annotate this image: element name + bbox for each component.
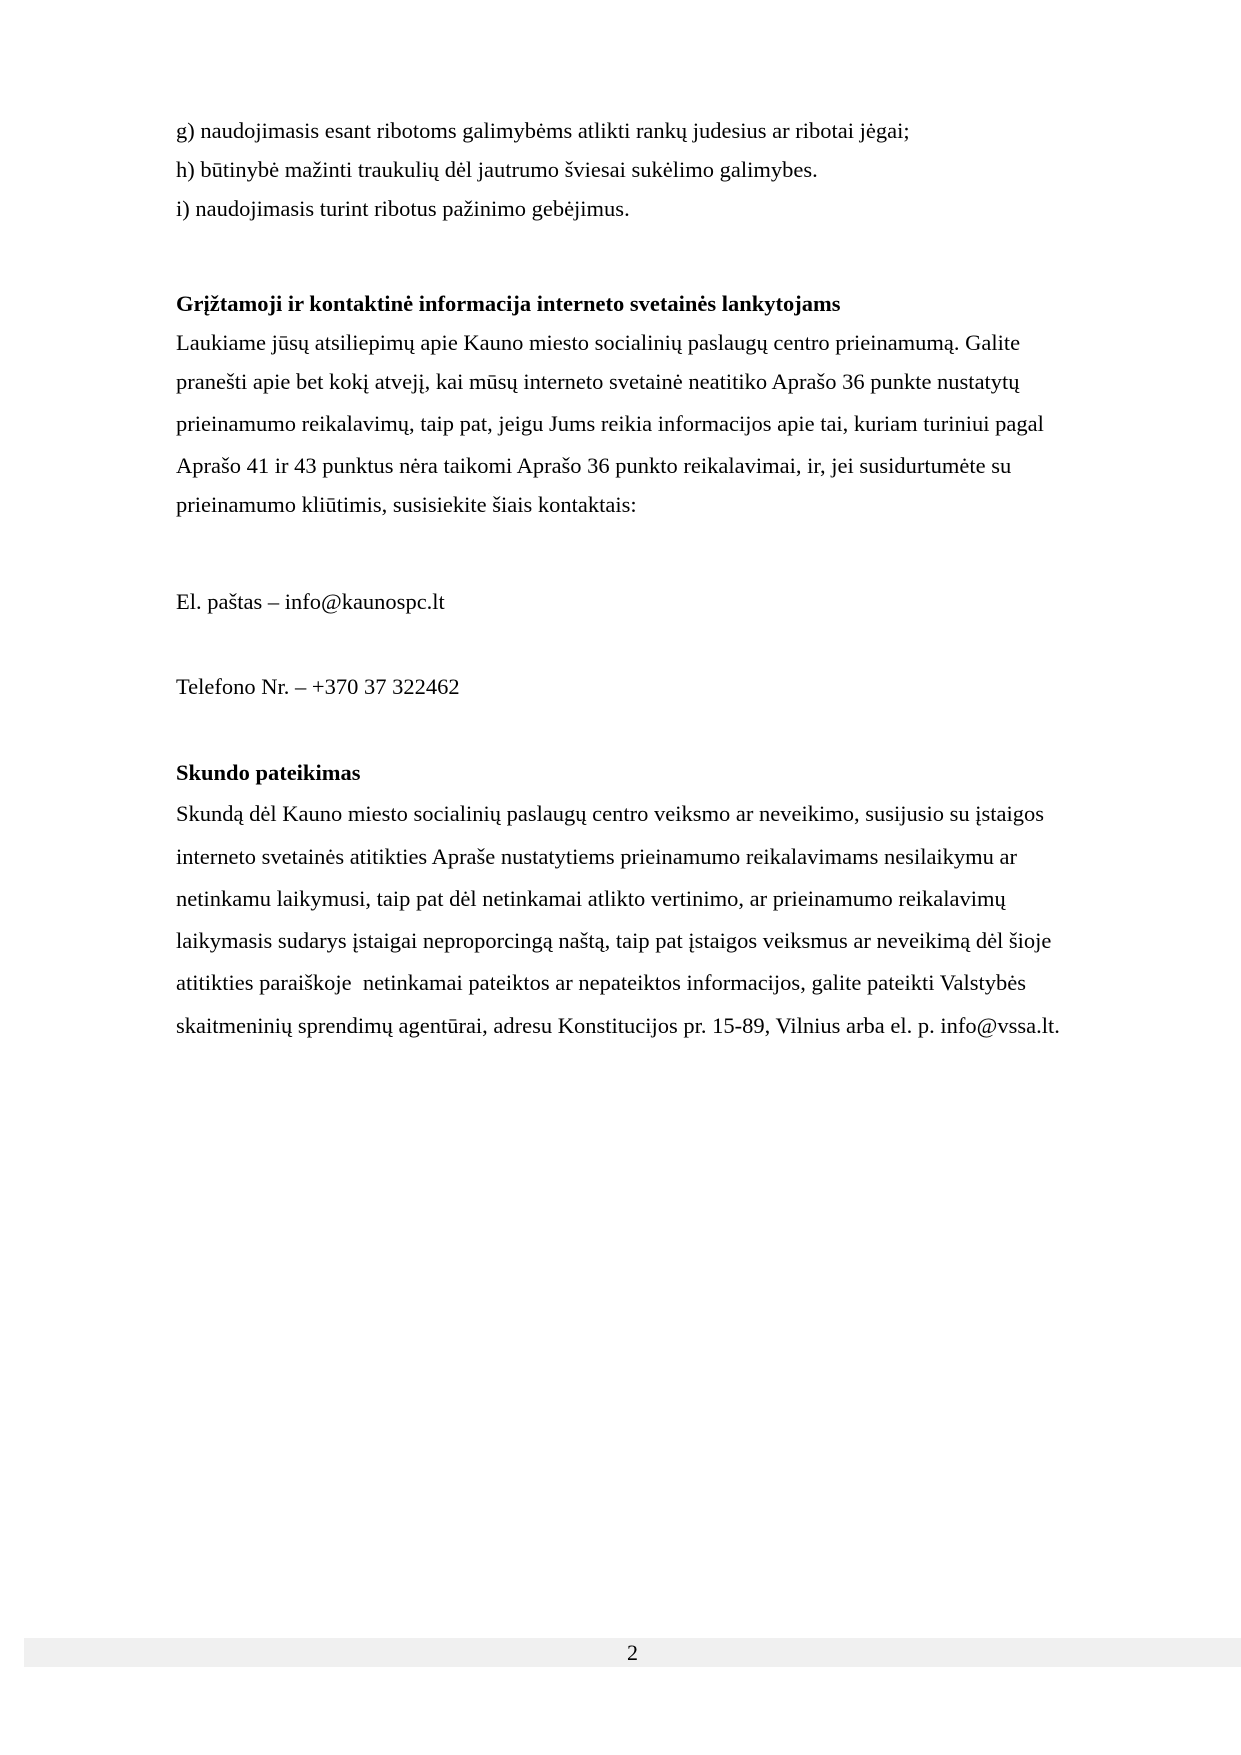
list-item-h: h) būtinybė mažinti traukulių dėl jautru… — [176, 156, 818, 184]
feedback-paragraph-line: Aprašo 41 ir 43 punktus nėra taikomi Apr… — [176, 452, 1011, 480]
complaint-paragraph-line: atitikties paraiškoje netinkamai pateikt… — [176, 969, 1026, 997]
contact-phone: Telefono Nr. – +370 37 322462 — [176, 673, 460, 701]
complaint-paragraph-line: skaitmeninių sprendimų agentūrai, adresu… — [176, 1012, 1060, 1040]
complaint-paragraph-line: laikymasis sudarys įstaigai neproporcing… — [176, 927, 1051, 955]
page-number: 2 — [24, 1638, 1241, 1667]
feedback-heading: Grįžtamoji ir kontaktinė informacija int… — [176, 290, 841, 318]
complaint-heading: Skundo pateikimas — [176, 759, 360, 787]
contact-email: El. paštas – info@kaunospc.lt — [176, 588, 445, 616]
list-item-i: i) naudojimasis turint ribotus pažinimo … — [176, 195, 630, 223]
feedback-paragraph-line: prieinamumo reikalavimų, taip pat, jeigu… — [176, 410, 1044, 438]
feedback-paragraph-line: prieinamumo kliūtimis, susisiekite šiais… — [176, 491, 637, 519]
page-footer: 2 — [24, 1638, 1241, 1667]
feedback-paragraph-line: Laukiame jūsų atsiliepimų apie Kauno mie… — [176, 329, 1020, 357]
complaint-paragraph-line: netinkamu laikymusi, taip pat dėl netink… — [176, 885, 1006, 913]
complaint-paragraph-line: interneto svetainės atitikties Apraše nu… — [176, 843, 1017, 871]
document-page: g) naudojimasis esant ribotoms galimybėm… — [0, 0, 1241, 1755]
complaint-paragraph-line: Skundą dėl Kauno miesto socialinių pasla… — [176, 800, 1044, 828]
list-item-g: g) naudojimasis esant ribotoms galimybėm… — [176, 117, 910, 145]
feedback-paragraph-line: pranešti apie bet kokį atvejį, kai mūsų … — [176, 368, 1020, 396]
